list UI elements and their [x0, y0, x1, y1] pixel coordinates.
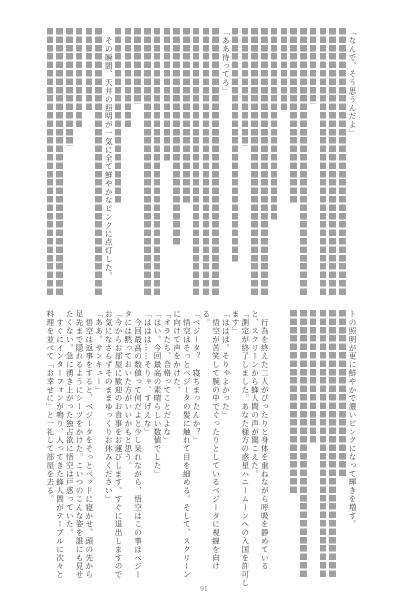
text-column-redacted — [289, 28, 299, 297]
text-column-redacted — [308, 28, 318, 297]
redacted-text-bar — [154, 28, 161, 297]
text-column-redacted — [299, 28, 309, 297]
text-line: に向けて声をかけた。 — [172, 310, 182, 579]
text-column: 行為を終えた二人がぴったりと身体を重ねながら呼吸を静めている — [260, 310, 270, 579]
redacted-text-bar — [47, 28, 54, 297]
text-column: トの照明が更に鮮やかで濃いピンクになって輝きを増す。 — [347, 310, 357, 579]
text-line: その瞬間、天井の照明が一気に全て鮮やかなピンクに点灯した。 — [104, 28, 114, 297]
text-column-redacted — [328, 28, 338, 297]
redacted-text-bar — [271, 28, 278, 221]
text-column: 「はい。今回最高の素晴らしい数値でした」 — [152, 310, 162, 579]
text-line: 足先まで隠れるようにシーツをかけた。こいつのこんな姿を誰にも見せ — [74, 310, 84, 579]
redacted-text-bar — [290, 28, 297, 204]
text-line: 「ははは……そりゃ、すげえな」 — [143, 310, 153, 579]
text-line: 料理を並べて「お幸せに」と一礼して部屋を去る。 — [45, 310, 55, 579]
text-column-redacted — [113, 28, 123, 297]
text-column-redacted — [74, 28, 84, 297]
blank-column — [269, 310, 279, 579]
text-column-redacted — [84, 28, 94, 297]
text-line: 「オラたち、合格ってことだよな」 — [162, 310, 172, 579]
redacted-text-bar — [310, 28, 317, 104]
text-line: 今回最高の数値って何だよと少し呆れながら、悟空はこの事はベジー — [133, 310, 143, 579]
text-column-redacted — [172, 28, 182, 297]
text-line: たくない。急に湧き上がった独占欲に悟空は戸惑っていた。 — [65, 310, 75, 579]
text-line: 「はい。今回最高の素晴らしい数値でした」 — [152, 310, 162, 579]
text-line: 悟空はそっとベジータの髪に触れて目を細める。そして、スクリーン — [182, 310, 192, 579]
text-column: 「ベジータ？ 寝ちまったんか？」 — [191, 310, 201, 579]
text-column: 今回最高の数値って何だよと少し呆れながら、悟空はこの事はベジー — [133, 310, 143, 579]
text-column-redacted — [338, 28, 348, 297]
text-column-redacted — [338, 310, 348, 579]
text-column-redacted — [182, 28, 192, 297]
text-line: お気になさらずそのままゆっくりお休みください」 — [104, 310, 114, 579]
text-column: る。 — [201, 310, 211, 579]
text-column-redacted — [328, 310, 338, 579]
redacted-text-bar — [212, 28, 219, 297]
redacted-text-bar — [300, 310, 307, 579]
text-column: に向けて声をかけた。 — [172, 310, 182, 579]
text-column-redacted — [308, 310, 318, 579]
text-column-redacted — [55, 28, 65, 297]
redacted-text-bar — [310, 310, 317, 444]
redacted-text-bar — [173, 28, 180, 246]
redacted-text-bar — [95, 28, 102, 297]
redacted-text-bar — [320, 28, 327, 297]
text-column: その瞬間、天井の照明が一気に全て鮮やかなピンクに点灯した。 — [104, 28, 114, 297]
text-line: 悟空が苦笑して腕の中でぐったりとしているベジータに視線を向け — [211, 310, 221, 579]
text-column: 料理を並べて「お幸せに」と一礼して部屋を去る。 — [45, 310, 55, 579]
text-column: すぐにインターフォンが鳴り、入ってきた蜂人間がテーブルに次々と — [55, 310, 65, 579]
redacted-text-bar — [290, 310, 297, 495]
text-line: ます」 — [230, 310, 240, 579]
redacted-text-bar — [329, 28, 336, 297]
redacted-text-bar — [164, 28, 171, 162]
redacted-text-bar — [281, 28, 288, 112]
text-line: 「今からお部屋に歓迎のお食事をお運びします。すぐに退出しますので — [113, 310, 123, 579]
redacted-text-bar — [134, 28, 141, 104]
text-column-redacted — [279, 28, 289, 297]
page-number: 91 — [194, 586, 214, 593]
text-column-redacted — [289, 310, 299, 579]
text-line: 行為を終えた二人がぴったりと身体を重ねながら呼吸を静めている — [260, 310, 270, 579]
text-line: る。 — [201, 310, 211, 579]
text-column-redacted — [269, 28, 279, 297]
text-line: 「ははは。そりゃよかった」 — [221, 310, 231, 579]
text-column: 「なんで、そう思うんだよ」 — [347, 28, 357, 297]
text-column-redacted — [250, 28, 260, 297]
redacted-text-bar — [339, 310, 346, 478]
text-line: 「測定が終了しました。あなた様方の惑星ハニームーンへの入国を許可し — [240, 310, 250, 579]
text-column: 悟空は返事をすると、ベジータをそっとベッドに寝かせ、頭の先から — [84, 310, 94, 579]
text-column-redacted — [230, 28, 240, 297]
text-column-redacted — [65, 28, 75, 297]
text-line: 悟空は返事をすると、ベジータをそっとベッドに寝かせ、頭の先から — [84, 310, 94, 579]
text-column: タには黙っておいた方がいいかもと思う。 — [123, 310, 133, 579]
redacted-text-bar — [125, 28, 132, 129]
text-column: 足先まで隠れるようにシーツをかけた。こいつのこんな姿を誰にも見せ — [74, 310, 84, 579]
text-column: 「測定が終了しました。あなた様方の惑星ハニームーンへの入国を許可し — [240, 310, 250, 579]
text-column-redacted — [94, 28, 104, 297]
text-column: 「ははは。そりゃよかった」 — [221, 310, 231, 579]
redacted-text-bar — [203, 28, 210, 297]
text-line: 「ああ待ってろ」 — [221, 28, 231, 297]
redacted-text-bar — [193, 28, 200, 297]
redacted-text-bar — [144, 28, 151, 297]
text-column-redacted — [45, 28, 55, 297]
text-column-redacted — [299, 310, 309, 579]
text-column-redacted — [318, 310, 328, 579]
text-block-lower-tier: トの照明が更に鮮やかで濃いピンクになって輝きを増す。 行為を終えた二人がぴったり… — [45, 310, 357, 579]
text-column-redacted — [162, 28, 172, 297]
text-column-redacted — [152, 28, 162, 297]
redacted-text-bar — [329, 310, 336, 579]
text-column-redacted — [211, 28, 221, 297]
text-column-redacted — [240, 28, 250, 297]
text-column: 悟空が苦笑して腕の中でぐったりとしているベジータに視線を向け — [211, 310, 221, 579]
text-column-redacted — [260, 28, 270, 297]
redacted-text-bar — [251, 28, 258, 297]
text-column-redacted — [123, 28, 133, 297]
text-column-redacted — [191, 28, 201, 297]
text-line: トの照明が更に鮮やかで濃いピンクになって輝きを増す。 — [347, 310, 357, 579]
redacted-text-bar — [76, 28, 83, 129]
redacted-text-bar — [66, 28, 73, 146]
text-column: ます」 — [230, 310, 240, 579]
text-line: 「ああ。サンキュー」 — [94, 310, 104, 579]
redacted-text-bar — [242, 28, 249, 146]
redacted-text-bar — [86, 28, 93, 112]
text-column: 「ははは……そりゃ、すげえな」 — [143, 310, 153, 579]
text-column-redacted — [201, 28, 211, 297]
text-column: お気になさらずそのままゆっくりお休みください」 — [104, 310, 114, 579]
redacted-text-bar — [320, 310, 327, 579]
redacted-text-bar — [300, 28, 307, 297]
redacted-text-bar — [56, 28, 63, 297]
text-line: タには黙っておいた方がいいかもと思う。 — [123, 310, 133, 579]
text-line: と、スクリーンから蜂人間の声が聞こえた。 — [250, 310, 260, 579]
redacted-text-bar — [261, 28, 268, 297]
redacted-text-bar — [183, 28, 190, 204]
text-column: たくない。急に湧き上がった独占欲に悟空は戸惑っていた。 — [65, 310, 75, 579]
text-line: すぐにインターフォンが鳴り、入ってきた蜂人間がテーブルに次々と — [55, 310, 65, 579]
text-block-upper-tier: 「なんで、そう思うんだよ」「ああ待ってろ」 その瞬間、天井の照明が一気に全て鮮や… — [45, 28, 357, 297]
redacted-text-bar — [115, 28, 122, 204]
redacted-text-bar — [232, 28, 239, 263]
text-column-redacted — [133, 28, 143, 297]
redacted-text-bar — [339, 28, 346, 297]
text-column: 「ああ。サンキュー」 — [94, 310, 104, 579]
text-column: 悟空はそっとベジータの髪に触れて目を細める。そして、スクリーン — [182, 310, 192, 579]
text-column-redacted — [143, 28, 153, 297]
text-column-redacted — [318, 28, 328, 297]
text-line: 「ベジータ？ 寝ちまったんか？」 — [191, 310, 201, 579]
text-column: と、スクリーンから蜂人間の声が聞こえた。 — [250, 310, 260, 579]
text-line: 「なんで、そう思うんだよ」 — [347, 28, 357, 297]
text-column: 「オラたち、合格ってことだよな」 — [162, 310, 172, 579]
book-page: 「なんで、そう思うんだよ」「ああ待ってろ」 その瞬間、天井の照明が一気に全て鮮や… — [0, 0, 400, 608]
text-column: 「ああ待ってろ」 — [221, 28, 231, 297]
text-column: 「今からお部屋に歓迎のお食事をお運びします。すぐに退出しますので — [113, 310, 123, 579]
blank-column — [279, 310, 289, 579]
